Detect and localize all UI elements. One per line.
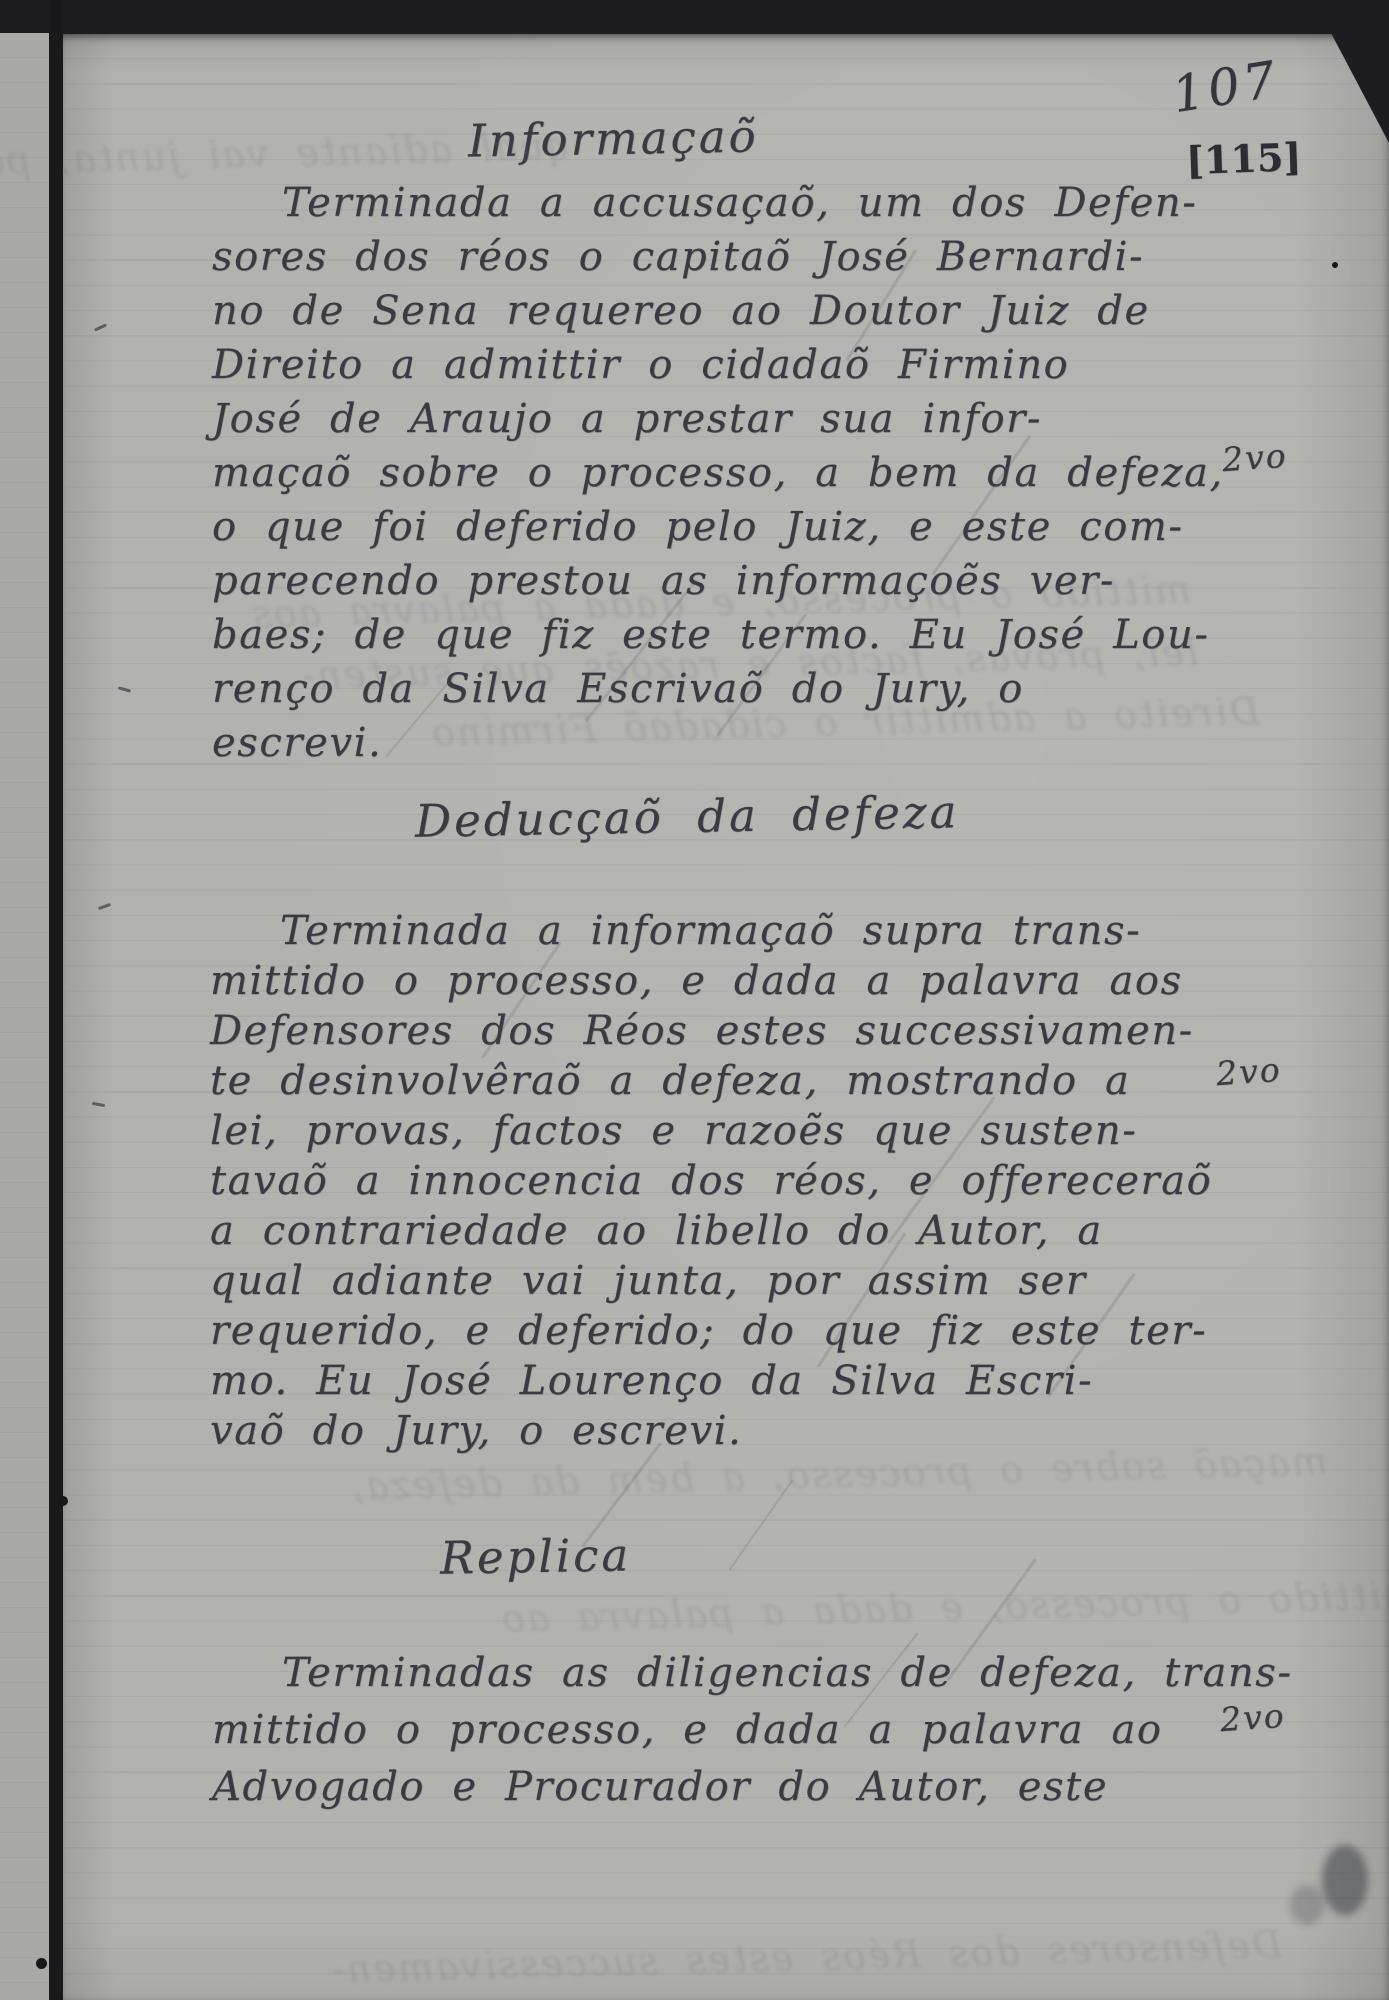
manuscript-line: baes; de que fiz este termo. Eu José Lou… (212, 608, 1224, 662)
manuscript-line: maçaõ sobre o processo, a bem da defeza, (212, 446, 1224, 500)
manuscript-line: qual adiante vai junta, por assim ser (210, 1256, 1212, 1306)
margin-note: 2vo (1221, 436, 1289, 479)
manuscript-line: Terminada a accusaçaõ, um dos Defen- (212, 176, 1224, 230)
manuscript-line: Terminadas as diligencias de defeza, tra… (212, 1645, 1293, 1702)
manuscript-line: renço da Silva Escrivaõ do Jury, o (212, 662, 1224, 716)
section-heading-informacao: Informaçaõ (468, 109, 760, 167)
section-heading-deduccao: Deducçaõ da defeza (415, 785, 960, 847)
margin-note: 2vo (1219, 1696, 1287, 1739)
manuscript-line: Advogado e Procurador do Autor, este (212, 1759, 1293, 1816)
manuscript-line: a contrariedade ao libello do Autor, a (210, 1206, 1212, 1256)
section-heading-replica: Replica (440, 1528, 632, 1584)
manuscript-line: Direito a admittir o cidadaõ Firmino (212, 338, 1224, 392)
ink-speck (1332, 262, 1338, 268)
manuscript-line: José de Araujo a prestar sua infor- (212, 392, 1224, 446)
manuscript-line: escrevi. (212, 716, 1224, 770)
paragraph-deduccao: Terminada a informaçaõ supra trans- mitt… (210, 906, 1212, 1456)
paragraph-replica: Terminadas as diligencias de defeza, tra… (212, 1645, 1293, 1816)
manuscript-line: no de Sena requereo ao Doutor Juiz de (212, 284, 1224, 338)
manuscript-line: tavaõ a innocencia dos réos, e offerecer… (210, 1156, 1212, 1206)
manuscript-line: vaõ do Jury, o escrevi. (210, 1406, 1212, 1456)
manuscript-line: sores dos réos o capitaõ José Bernardi- (212, 230, 1224, 284)
manuscript-line: requerido, e deferido; do que fiz este t… (210, 1306, 1212, 1356)
previous-page-edge (0, 33, 49, 2000)
manuscript-line: mo. Eu José Lourenço da Silva Escri- (210, 1356, 1212, 1406)
manuscript-scan: 107 [115] Informaçaõ Terminada a accusaç… (0, 0, 1389, 2000)
manuscript-line: Defensores dos Réos estes successivamen- (210, 1006, 1212, 1056)
manuscript-line: Terminada a informaçaõ supra trans- (210, 906, 1212, 956)
manuscript-line: parecendo prestou as informaçoẽs ver- (212, 554, 1224, 608)
manuscript-line: mittido o processo, e dada a palavra aos (210, 956, 1212, 1006)
manuscript-line: mittido o processo, e dada a palavra ao (212, 1702, 1293, 1759)
ink-speck (58, 1496, 68, 1506)
ink-speck (36, 1958, 47, 1969)
edge-smudge (1322, 1845, 1368, 1915)
paragraph-informacao: Terminada a accusaçaõ, um dos Defen- sor… (212, 176, 1224, 770)
edge-smudge (1290, 1885, 1324, 1925)
margin-note: 2vo (1215, 1050, 1283, 1093)
manuscript-line: te desinvolvêraõ a defeza, mostrando a (210, 1056, 1212, 1106)
manuscript-line: lei, provas, factos e razoẽs que susten- (210, 1106, 1212, 1156)
manuscript-line: o que foi deferido pelo Juiz, e este com… (212, 500, 1224, 554)
binding-gutter (49, 0, 63, 2000)
